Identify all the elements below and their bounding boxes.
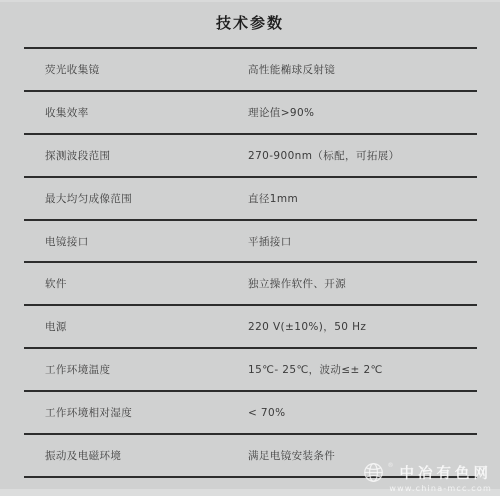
table-row: 收集效率 理论值>90% [24,92,477,135]
top-edge-strip [0,0,500,2]
row-label: 工作环境温度 [24,362,248,377]
row-value: 270-900nm（标配，可拓展） [248,148,477,163]
table-row: 工作环境温度 15℃- 25℃，波动≤± 2℃ [24,349,477,392]
row-value: < 70% [248,407,477,419]
table-row: 最大均匀成像范围 直径1mm [24,178,477,221]
row-label: 荧光收集镜 [24,62,248,77]
row-value: 15℃- 25℃，波动≤± 2℃ [248,362,477,377]
table-row: 探测波段范围 270-900nm（标配，可拓展） [24,135,477,178]
bottom-edge-strip [0,489,500,496]
row-value: 直径1mm [248,191,477,206]
table-row: 电源 220 V(±10%)，50 Hz [24,306,477,349]
table-row: 振动及电磁环境 满足电镜安装条件 [24,435,477,478]
row-label: 电源 [24,319,248,334]
row-value: 高性能椭球反射镜 [248,62,477,77]
table-row: 工作环境相对湿度 < 70% [24,392,477,435]
row-label: 电镜接口 [24,234,248,249]
row-value: 220 V(±10%)，50 Hz [248,319,477,334]
spec-sheet: 技术参数 荧光收集镜 高性能椭球反射镜 收集效率 理论值>90% 探测波段范围 … [0,0,500,496]
table-row: 电镜接口 平插接口 [24,221,477,264]
row-label: 振动及电磁环境 [24,448,248,463]
spec-table: 荧光收集镜 高性能椭球反射镜 收集效率 理论值>90% 探测波段范围 270-9… [24,47,477,478]
row-label: 收集效率 [24,105,248,120]
table-row: 软件 独立操作软件、开源 [24,263,477,306]
row-value: 平插接口 [248,234,477,249]
row-label: 软件 [24,276,248,291]
row-label: 工作环境相对湿度 [24,405,248,420]
row-value: 独立操作软件、开源 [248,276,477,291]
row-value: 理论值>90% [248,105,477,120]
page-title: 技术参数 [0,12,500,33]
row-value: 满足电镜安装条件 [248,448,477,463]
row-label: 最大均匀成像范围 [24,191,248,206]
table-row: 荧光收集镜 高性能椭球反射镜 [24,49,477,92]
row-label: 探测波段范围 [24,148,248,163]
